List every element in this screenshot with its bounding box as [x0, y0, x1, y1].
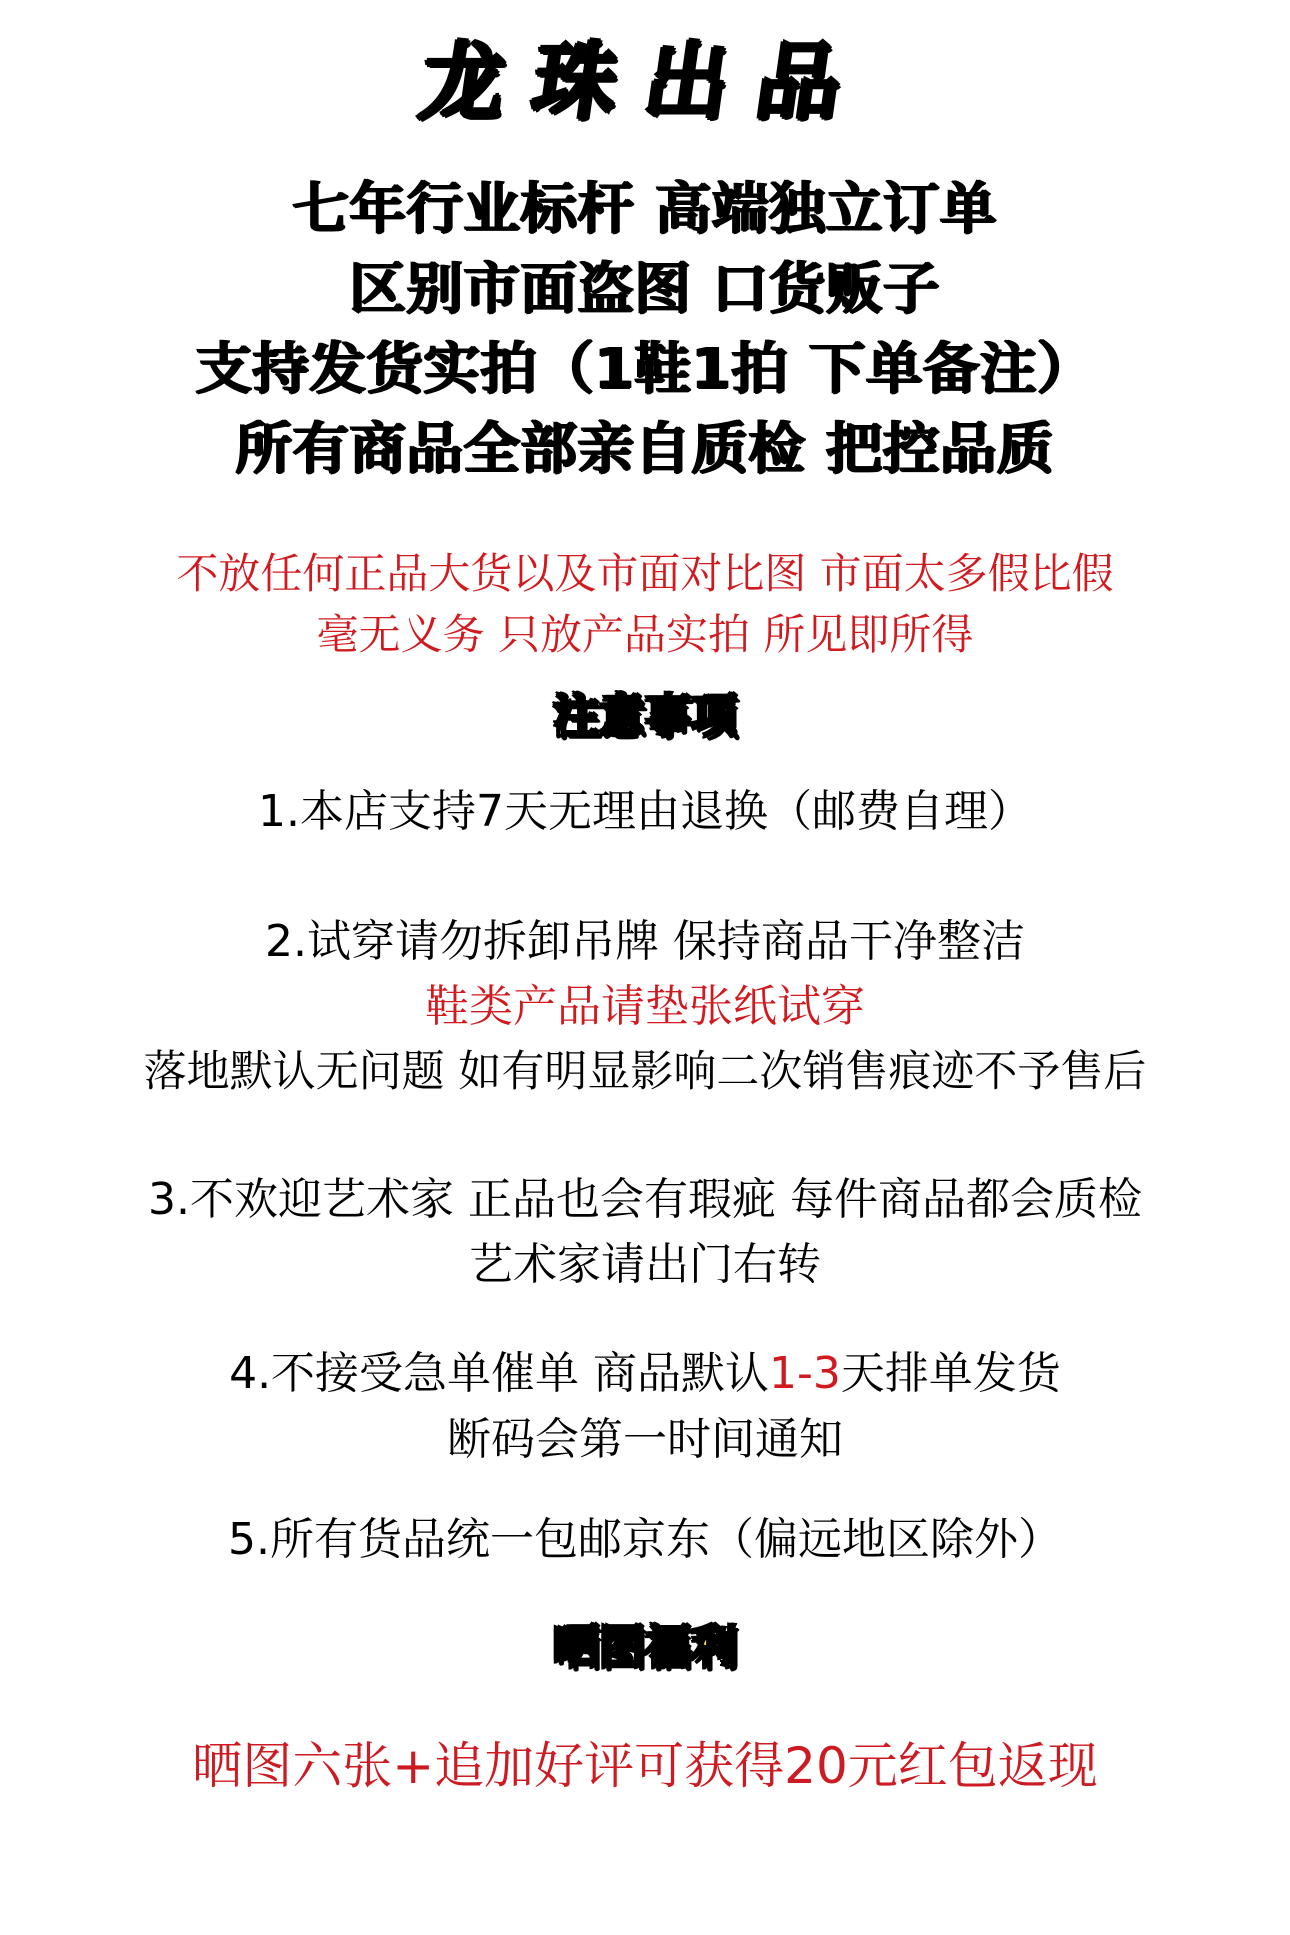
rule-5: 5.所有货品统一包邮京东（偏远地区除外） [0, 1508, 1290, 1572]
rule-3-line-1: 3.不欢迎艺术家 正品也会有瑕疵 每件商品都会质检 [0, 1168, 1290, 1232]
headline-2: 区别市面盗图 口货贩子 [0, 250, 1290, 330]
rule-2-line-3: 落地默认无问题 如有明显影响二次销售痕迹不予售后 [0, 1040, 1290, 1104]
disclaimer-line-1: 不放任何正品大货以及市面对比图 市面太多假比假 [0, 543, 1290, 605]
rule-4-suffix: 天排单发货 [841, 1348, 1061, 1399]
notes-section-title: 注意事项 [0, 681, 1290, 751]
rule-3-line-2: 艺术家请出门右转 [0, 1233, 1290, 1297]
rule-4-line-2: 断码会第一时间通知 [0, 1408, 1290, 1472]
headline-1: 七年行业标杆 高端独立订单 [0, 170, 1290, 250]
bonus-offer: 晒图六张+追加好评可获得20元红包返现 [0, 1730, 1290, 1802]
rule-4-prefix: 4.不接受急单催单 商品默认 [229, 1348, 769, 1399]
brand-title: 龙珠出品 [0, 22, 1290, 142]
headline-3: 支持发货实拍（1鞋1拍 下单备注） [0, 330, 1290, 410]
disclaimer-line-2: 毫无义务 只放产品实拍 所见即所得 [0, 604, 1290, 666]
headline-4: 所有商品全部亲自质检 把控品质 [0, 410, 1290, 490]
rule-2-line-1: 2.试穿请勿拆卸吊牌 保持商品干净整洁 [0, 910, 1290, 974]
bonus-section-title: 晒图福利 [0, 1612, 1290, 1682]
rule-2-line-2: 鞋类产品请垫张纸试穿 [0, 975, 1290, 1039]
rule-1: 1.本店支持7天无理由退换（邮费自理） [0, 780, 1290, 844]
shipping-days-highlight: 1-3 [769, 1348, 841, 1399]
rule-4-line-1: 4.不接受急单催单 商品默认1-3天排单发货 [0, 1342, 1290, 1406]
